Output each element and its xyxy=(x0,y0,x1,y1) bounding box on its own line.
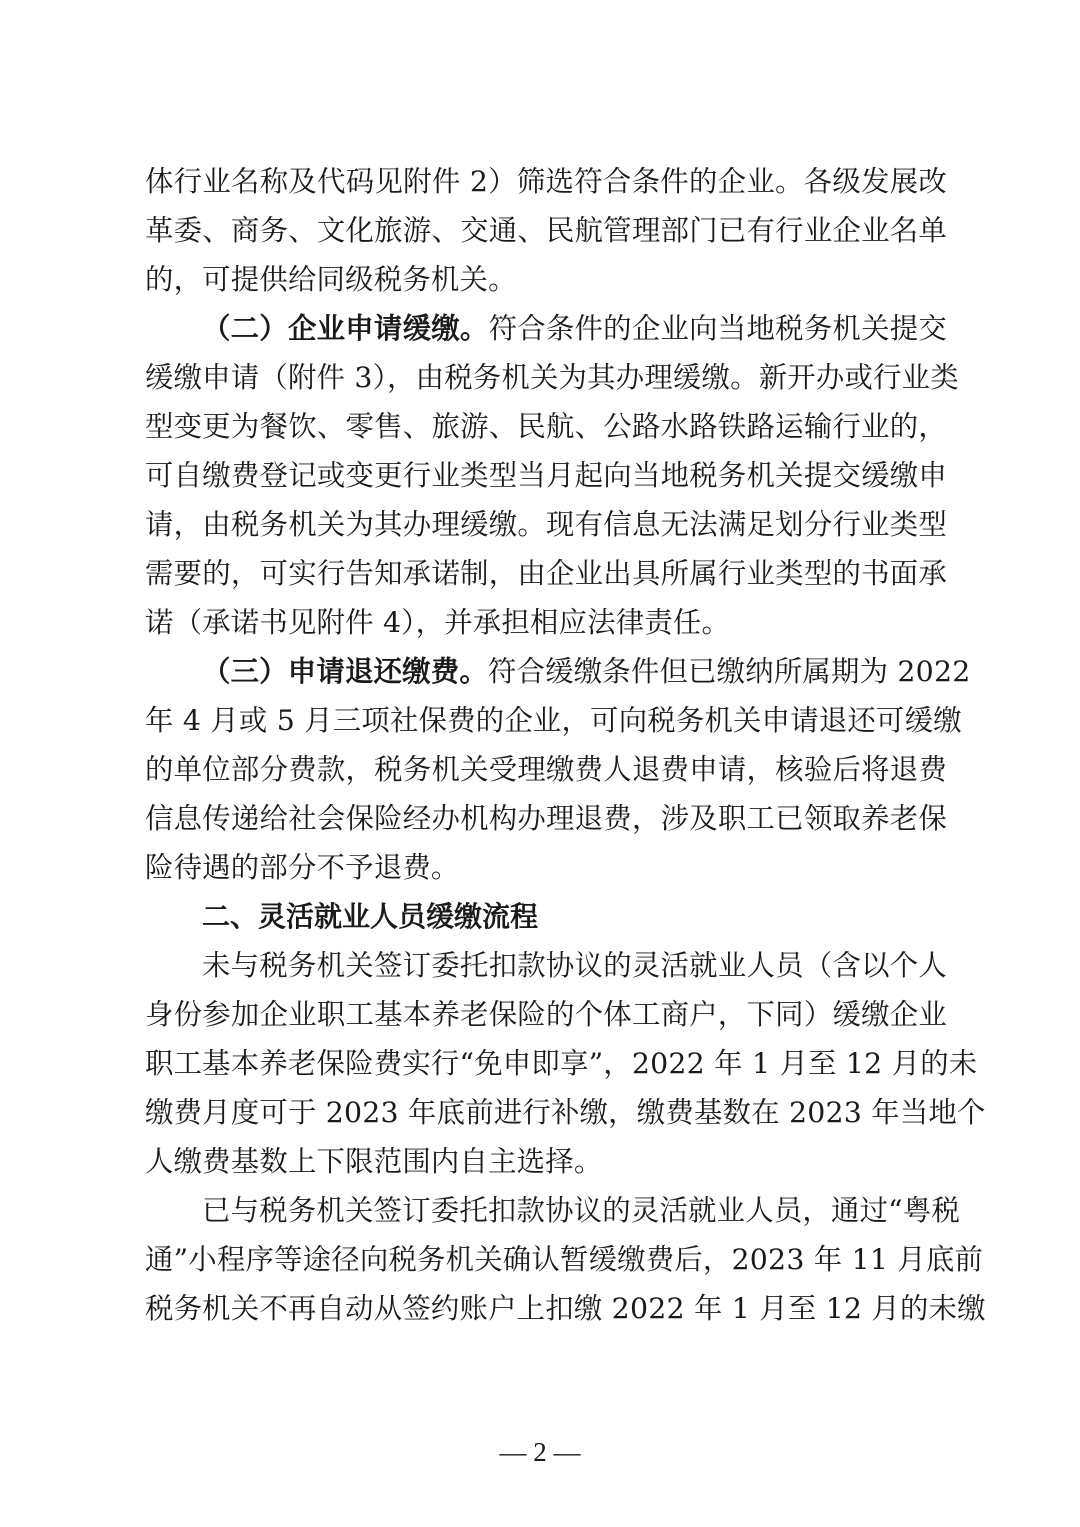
text-line: 职工基本养老保险费实行“免申即享”，2022 年 1 月至 12 月的未 xyxy=(145,1039,947,1088)
text-line: 体行业名称及代码见附件 2）筛选符合条件的企业。各级发展改 xyxy=(145,157,947,206)
paragraph-enterprise-apply: （二）企业申请缓缴。符合条件的企业向当地税务机关提交 缓缴申请（附件 3），由税… xyxy=(145,304,947,647)
text-run: 符合缓缴条件但已缴纳所属期为 2022 xyxy=(488,655,971,688)
text-line: 的单位部分费款，税务机关受理缴费人退费申请，核验后将退费 xyxy=(145,745,947,794)
text-line: 信息传递给社会保险经办机构办理退费，涉及职工已领取养老保 xyxy=(145,794,947,843)
text-line: 税务机关不再自动从签约账户上扣缴 2022 年 1 月至 12 月的未缴 xyxy=(145,1284,947,1333)
text-run: 符合条件的企业向当地税务机关提交 xyxy=(489,312,947,345)
document-body: 体行业名称及代码见附件 2）筛选符合条件的企业。各级发展改 革委、商务、文化旅游… xyxy=(145,157,947,1333)
text-line: 缓缴申请（附件 3），由税务机关为其办理缓缴。新开办或行业类 xyxy=(145,353,947,402)
text-line: （三）申请退还缴费。符合缓缴条件但已缴纳所属期为 2022 xyxy=(145,647,947,696)
text-line: 险待遇的部分不予退费。 xyxy=(145,843,947,892)
text-line: 需要的，可实行告知承诺制，由企业出具所属行业类型的书面承 xyxy=(145,549,947,598)
text-line: 人缴费基数上下限范围内自主选择。 xyxy=(145,1137,947,1186)
text-line: （二）企业申请缓缴。符合条件的企业向当地税务机关提交 xyxy=(145,304,947,353)
subsection-title: （三）申请退还缴费。 xyxy=(202,654,488,688)
text-line: 身份参加企业职工基本养老保险的个体工商户，下同）缓缴企业 xyxy=(145,990,947,1039)
text-line: 请，由税务机关为其办理缓缴。现有信息无法满足划分行业类型 xyxy=(145,500,947,549)
paragraph-refund-apply: （三）申请退还缴费。符合缓缴条件但已缴纳所属期为 2022 年 4 月或 5 月… xyxy=(145,647,947,892)
text-line: 未与税务机关签订委托扣款协议的灵活就业人员（含以个人 xyxy=(145,941,947,990)
text-line: 通”小程序等途径向税务机关确认暂缓缴费后，2023 年 11 月底前 xyxy=(145,1235,947,1284)
text-line: 可自缴费登记或变更行业类型当月起向当地税务机关提交缓缴申 xyxy=(145,451,947,500)
text-line: 缴费月度可于 2023 年底前进行补缴，缴费基数在 2023 年当地个 xyxy=(145,1088,947,1137)
text-line: 诺（承诺书见附件 4），并承担相应法律责任。 xyxy=(145,598,947,647)
section-heading: 二、灵活就业人员缓缴流程 xyxy=(145,892,947,941)
text-line: 革委、商务、文化旅游、交通、民航管理部门已有行业企业名单 xyxy=(145,206,947,255)
text-line: 型变更为餐饮、零售、旅游、民航、公路水路铁路运输行业的， xyxy=(145,402,947,451)
paragraph-flexible-unsigned: 未与税务机关签订委托扣款协议的灵活就业人员（含以个人 身份参加企业职工基本养老保… xyxy=(145,941,947,1186)
text-line: 的，可提供给同级税务机关。 xyxy=(145,255,947,304)
paragraph-flexible-signed: 已与税务机关签订委托扣款协议的灵活就业人员，通过“粤税 通”小程序等途径向税务机… xyxy=(145,1186,947,1333)
subsection-title: （二）企业申请缓缴。 xyxy=(202,311,489,345)
text-line: 已与税务机关签订委托扣款协议的灵活就业人员，通过“粤税 xyxy=(145,1186,947,1235)
text-line: 年 4 月或 5 月三项社保费的企业，可向税务机关申请退还可缓缴 xyxy=(145,696,947,745)
paragraph-industry-list: 体行业名称及代码见附件 2）筛选符合条件的企业。各级发展改 革委、商务、文化旅游… xyxy=(145,157,947,304)
page-number: — 2 — xyxy=(0,1432,1080,1472)
